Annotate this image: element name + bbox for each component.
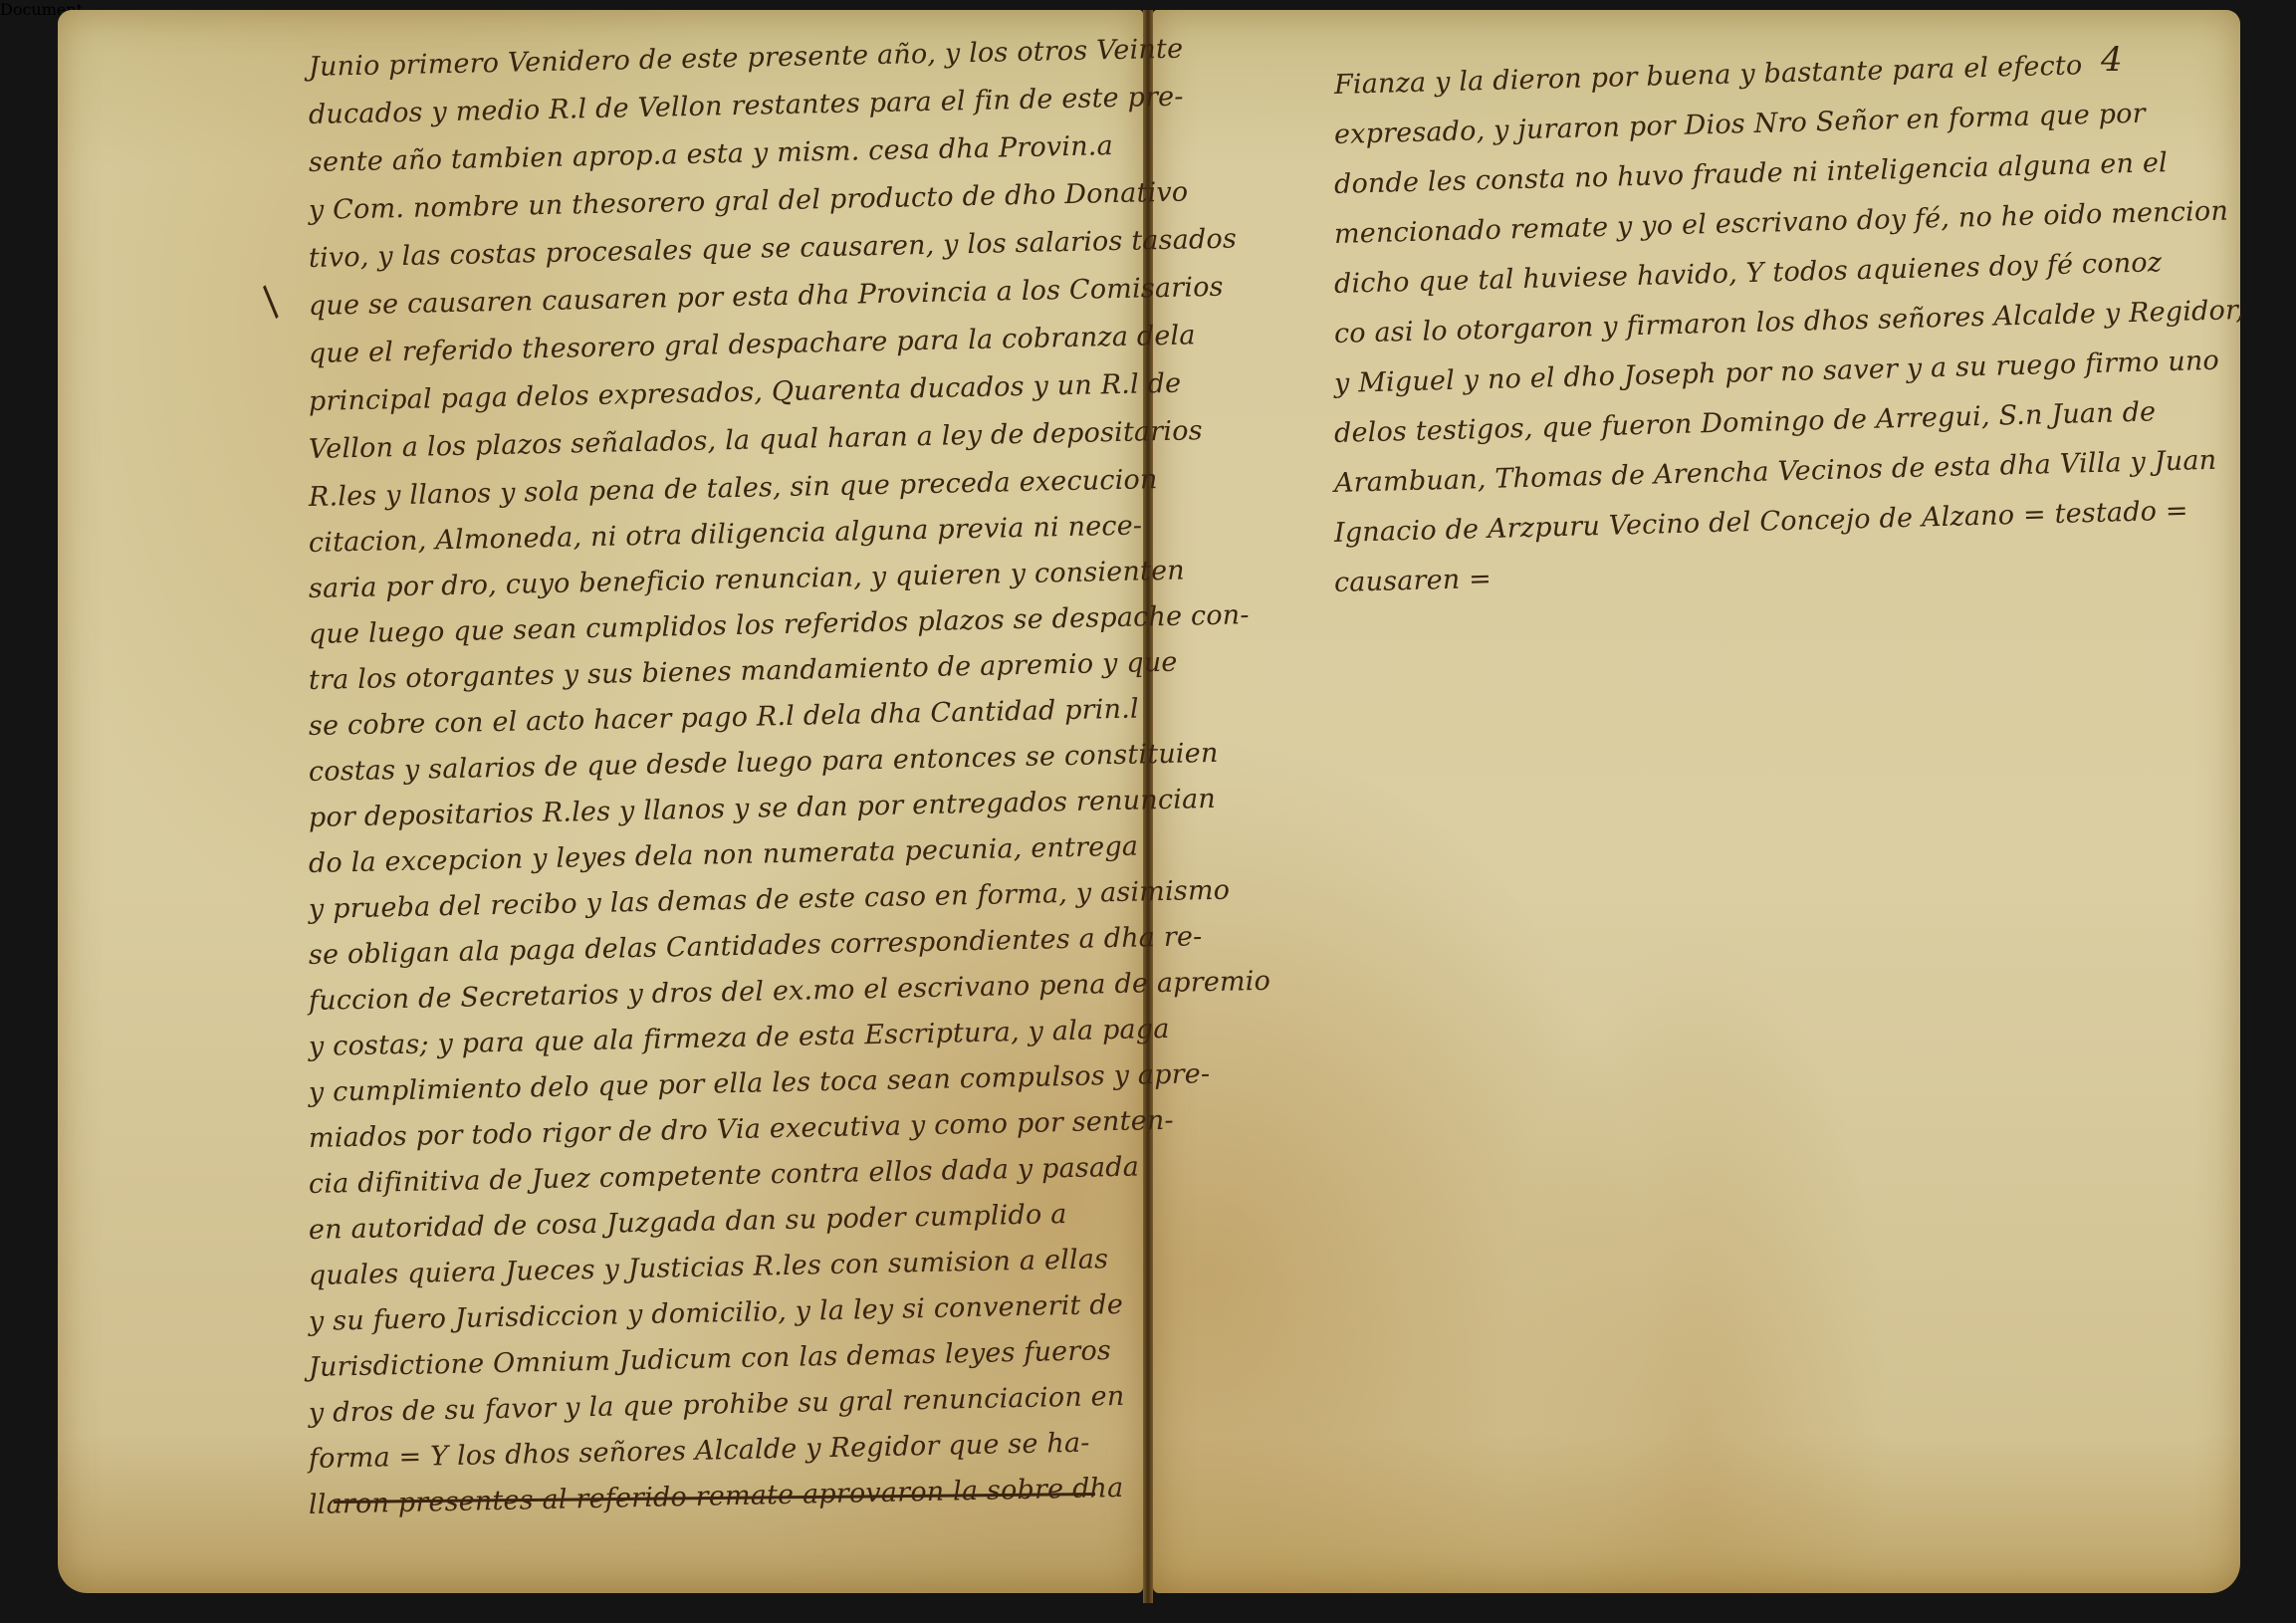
manuscript-line: causaren = <box>1334 564 1492 598</box>
folio-number: 4 <box>2101 40 2123 80</box>
right-page <box>1153 10 2240 1593</box>
manuscript-spread: Junio primero Venidero de este presente … <box>0 0 2296 1623</box>
